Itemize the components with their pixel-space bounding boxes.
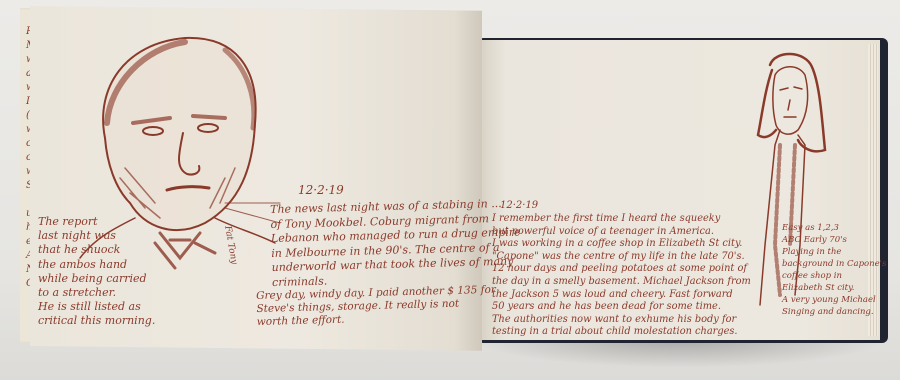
left-entry-postscript: Grey day, windy day. I paid another $ 13… [256, 284, 497, 329]
right-side-note: Easy as 1,2,3 ABC Early 70's Playing in … [782, 222, 886, 318]
right-entry-date: 12·2·19 [500, 200, 538, 213]
left-entry-text: The news last night was of a stabing in … [270, 196, 522, 290]
left-entry-date: 12·2·19 [298, 183, 344, 198]
note-under-portrait: The report last night was that he shuock… [38, 215, 155, 329]
right-entry-text: I remember the first time I heard the sq… [492, 213, 751, 339]
